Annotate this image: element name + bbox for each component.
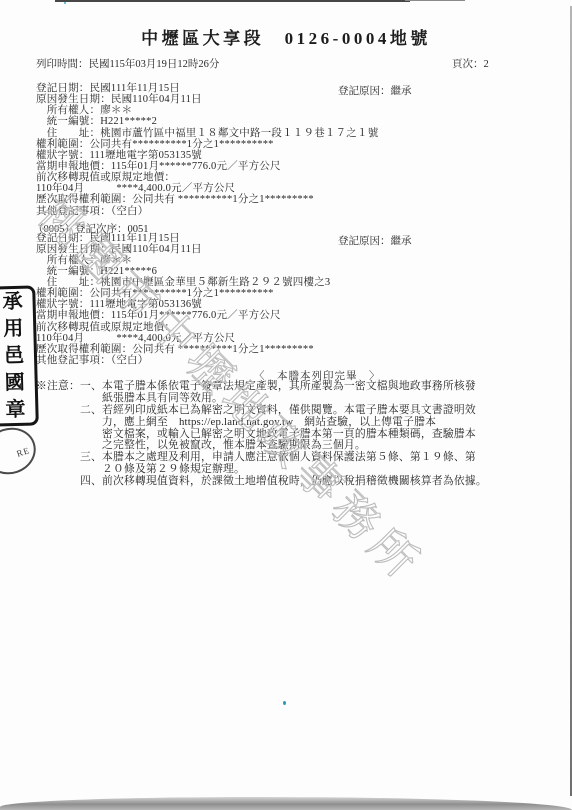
scan-noise-dot [283, 701, 286, 705]
record2-prev-transfer-value: 110年04月 ****4,400.0元／平方公尺 [36, 333, 330, 344]
seal-glyph: 邑 [4, 346, 25, 367]
seal-glyph: 章 [5, 399, 26, 420]
seal-glyph: 承 [2, 292, 23, 313]
record2-declared-land-value: 當期申報地價：115年01月******776.0元／平方公尺 [36, 310, 330, 321]
record1-rights-scope: 權利範圍：公同共有**********1分之1********** [36, 139, 378, 150]
document-title: 中壢區大享段 0126-0004地號 [0, 24, 572, 49]
land-registry-transcript-page: 桃園市中壢地政事務所 中壢區大享段 0126-0004地號 列印時間：民國115… [0, 0, 572, 810]
notice-line-9: 四、前次移轉現值資料，於課徵土地增值稅時，仍應以稅捐稽徵機關核算者為依據。 [36, 476, 487, 488]
record1-other-items: 其他登記事項：（空白） [36, 206, 378, 217]
record2-registration-reason: 登記原因：繼承 [338, 233, 412, 248]
notice-section: ※注意：一、本電子謄本係依電子簽章法規定產製，其所產製為一密文檔與地政事務所核發… [36, 381, 487, 488]
scan-top-edge-artifact [55, 0, 410, 2]
record1-declared-land-value: 當期申報地價：115年01月******776.0元／平方公尺 [36, 161, 378, 172]
record2-other-items: 其他登記事項：（空白） [36, 355, 330, 366]
record2-prev-transfer-label: 前次移轉現值或原規定地價： [36, 322, 330, 333]
scan-bottom-shadow-band [0, 797, 572, 810]
record1-owner: 所有權人：廖＊＊ [36, 105, 378, 116]
print-time-label: 列印時間：民國115年03月19日12時26分 [36, 56, 219, 71]
record1-body: 登記日期：民國111年11月15日 原因發生日期：民國110年04月11日 所有… [36, 83, 378, 217]
scan-noise-dot [64, 2, 66, 4]
scan-top-edge-artifact-tail [405, 0, 465, 1]
record2-historic-rights-scope: 歷次取得權利範圍：公同共有 **********1分之1********* [36, 344, 330, 355]
official-seal-fragment: 承 用 邑 國 章 [0, 285, 39, 426]
page-number-label: 頁次：2 [452, 56, 489, 71]
record1-cause-date: 原因發生日期：民國110年04月11日 [36, 94, 378, 105]
oval-seal-text: RE [15, 445, 31, 459]
record1-reg-date: 登記日期：民國111年11月15日 [36, 83, 378, 94]
record1-historic-rights-scope: 歷次取得權利範圍：公同共有 **********1分之1********* [36, 194, 378, 205]
record1-prev-transfer-value: 110年04月 ****4,400.0元／平方公尺 [36, 183, 378, 194]
record1-address: 住 址：桃園市蘆竹區中福里１８鄰文中路一段１１９巷１７之１號 [36, 128, 378, 139]
notice-line-4-verification-url: 力，應上網至 https://ep.land.nat.gov.tw 網站查驗，以… [36, 417, 487, 429]
record2-owner: 所有權人：廖＊＊ [36, 255, 330, 266]
record1-id-number: 統一編號：H221*****2 [36, 116, 378, 127]
record1-deed-number: 權狀字號：111壢地電字第053135號 [36, 150, 378, 161]
seal-glyph: 國 [4, 373, 25, 394]
seal-glyph: 用 [3, 319, 24, 340]
record1-prev-transfer-label: 前次移轉現值或原規定地價： [36, 172, 378, 183]
record2-address: 住 址：桃園市中壢區金華里５鄰新生路２９２號四樓之3 [36, 277, 330, 288]
record2-id-number: 統一編號：H221*****6 [36, 266, 330, 277]
notice-line-3: 二、若經列印成紙本已為解密之明文資料，僅供閱覽。本電子謄本要具文書證明效 [36, 405, 487, 417]
record2-deed-number: 權狀字號：111壢地電字第053136號 [36, 299, 330, 310]
record2-cause-date: 原因發生日期：民國110年04月11日 [36, 244, 330, 255]
record2-body: 登記日期：民國111年11月15日 原因發生日期：民國110年04月11日 所有… [36, 233, 330, 367]
record2-rights-scope: 權利範圍：公同共有**********1分之1********** [36, 288, 330, 299]
notice-line-2: 紙張謄本具有同等效用。 [36, 393, 487, 405]
record2-reg-date: 登記日期：民國111年11月15日 [36, 233, 330, 244]
